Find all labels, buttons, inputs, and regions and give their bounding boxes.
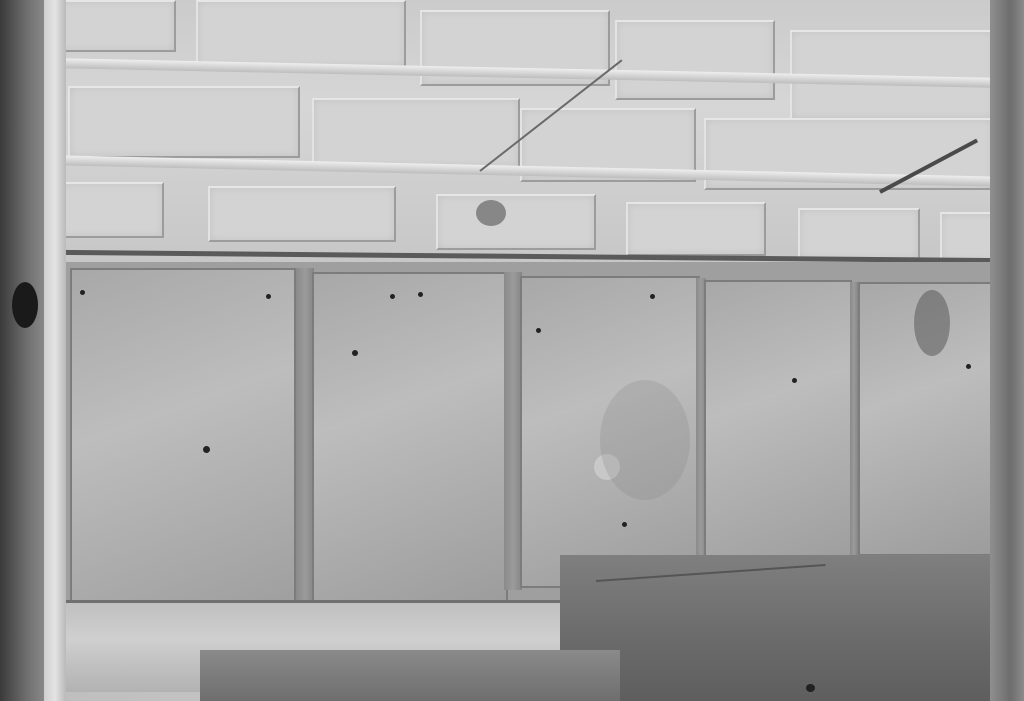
pier-cavity bbox=[12, 282, 38, 328]
damaged-base bbox=[200, 650, 620, 701]
nail-hole bbox=[80, 290, 85, 295]
stain bbox=[476, 200, 506, 226]
nail-hole bbox=[390, 294, 395, 299]
stain bbox=[914, 290, 950, 356]
stucco-panel bbox=[798, 208, 920, 260]
stucco-panel bbox=[436, 194, 596, 250]
dado-panel bbox=[704, 280, 852, 574]
wall-photograph bbox=[0, 0, 1024, 701]
dado-panel bbox=[312, 272, 508, 606]
nail-hole bbox=[266, 294, 271, 299]
stucco-panel bbox=[615, 20, 775, 100]
dado-panel bbox=[70, 268, 296, 630]
stucco-panel bbox=[626, 202, 766, 256]
stucco-panel bbox=[56, 0, 176, 52]
stucco-panel bbox=[208, 186, 396, 242]
nail-hole bbox=[418, 292, 423, 297]
stucco-panel bbox=[68, 86, 300, 158]
stucco-panel bbox=[312, 98, 520, 168]
nail-hole bbox=[352, 350, 358, 356]
stucco-panel bbox=[58, 182, 164, 238]
stain bbox=[600, 380, 690, 500]
nail-hole bbox=[650, 294, 655, 299]
right-wall-edge bbox=[990, 0, 1024, 701]
left-pier-edge bbox=[44, 0, 66, 701]
nail-hole bbox=[792, 378, 797, 383]
nail-hole bbox=[966, 364, 971, 369]
stucco-panel bbox=[196, 0, 406, 68]
panel-divider bbox=[850, 282, 858, 560]
nail-hole bbox=[806, 684, 815, 692]
left-pier bbox=[0, 0, 48, 701]
nail-hole bbox=[622, 522, 627, 527]
nail-hole bbox=[203, 446, 210, 453]
nail-hole bbox=[536, 328, 541, 333]
